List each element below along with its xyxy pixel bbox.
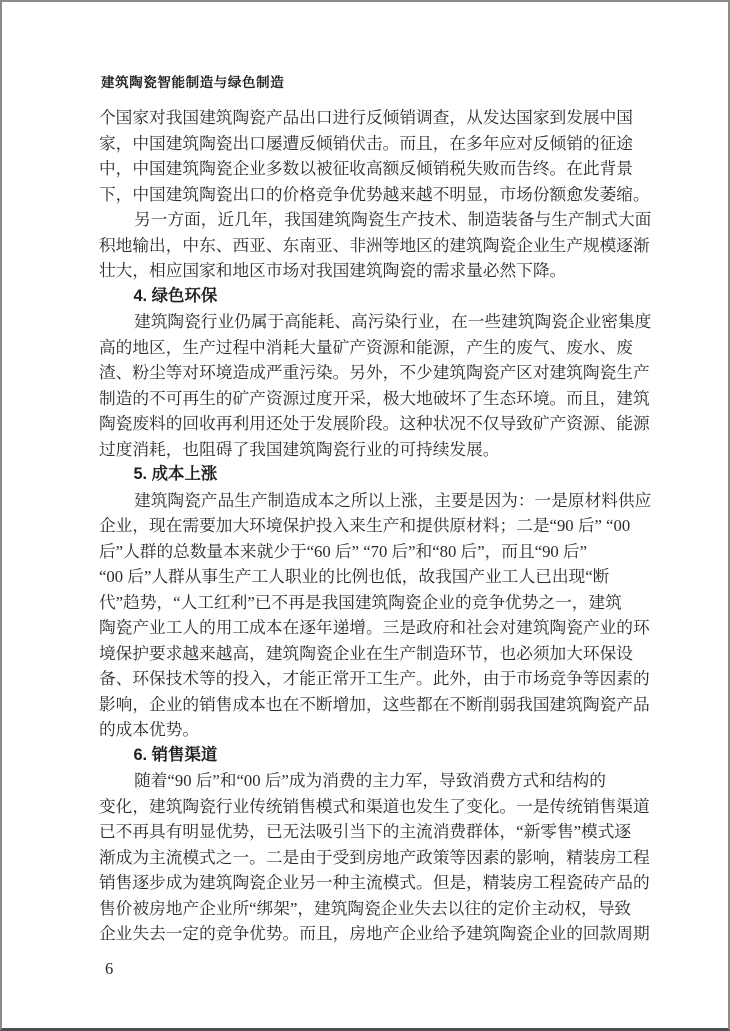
text-line: 已不再具有明显优势，已无法吸引当下的主流消费群体，“新零售”模式逐 [99, 819, 644, 845]
text-line: 制造的不可再生的矿产资源过度开采，极大地破坏了生态环境。而且，建筑 [99, 386, 644, 412]
text-line: 渣、粉尘等对环境造成严重污染。另外，不少建筑陶瓷产区对建筑陶瓷生产 [99, 360, 644, 386]
text-line: 代”趋势，“人工红利”已不再是我国建筑陶瓷企业的竞争优势之一，建筑 [99, 590, 644, 616]
text-line: 后”人群的总数量本来就少于“60 后” “70 后”和“80 后”，而且“90 … [99, 539, 644, 565]
section-heading-4: 4. 绿色环保 [99, 284, 644, 310]
text-line: 个国家对我国建筑陶瓷产品出口进行反倾销调查，从发达国家到发展中国 [99, 105, 644, 131]
text-line: 备、环保技术等的投入，才能正常开工生产。此外，由于市场竞争等因素的 [99, 666, 644, 692]
text-line: 高的地区，生产过程中消耗大量矿产资源和能源，产生的废气、废水、废 [99, 335, 644, 361]
text-line: “00 后”人群从事生产工人职业的比例也低，故我国产业工人已出现“断 [99, 564, 644, 590]
text-line: 企业，现在需要加大环境保护投入来生产和提供原材料；二是“90 后” “00 [99, 513, 644, 539]
text-line: 建筑陶瓷行业仍属于高能耗、高污染行业，在一些建筑陶瓷企业密集度 [99, 309, 644, 335]
text-line: 随着“90 后”和“00 后”成为消费的主力军，导致消费方式和结构的 [99, 768, 644, 794]
text-line: 壮大，相应国家和地区市场对我国建筑陶瓷的需求量必然下降。 [99, 258, 644, 284]
text-line: 建筑陶瓷产品生产制造成本之所以上涨，主要是因为：一是原材料供应 [99, 488, 644, 514]
text-line: 销售逐步成为建筑陶瓷企业另一种主流模式。但是，精装房工程瓷砖产品的 [99, 870, 644, 896]
running-header: 建筑陶瓷智能制造与绿色制造 [101, 71, 284, 91]
text-line: 变化，建筑陶瓷行业传统销售模式和渠道也发生了变化。一是传统销售渠道 [99, 794, 644, 820]
text-line: 下，中国建筑陶瓷出口的价格竞争优势越来越不明显，市场份额愈发萎缩。 [99, 182, 644, 208]
text-line: 企业失去一定的竞争优势。而且，房地产企业给予建筑陶瓷企业的回款周期 [99, 921, 644, 947]
text-line: 中，中国建筑陶瓷企业多数以被征收高额反倾销税失败而告终。在此背景 [99, 156, 644, 182]
text-line: 售价被房地产企业所“绑架”，建筑陶瓷企业失去以往的定价主动权，导致 [99, 896, 644, 922]
text-line: 过度消耗，也阻碍了我国建筑陶瓷行业的可持续发展。 [99, 437, 644, 463]
text-line: 陶瓷废料的回收再利用还处于发展阶段。这种状况不仅导致矿产资源、能源 [99, 411, 644, 437]
page-number: 6 [105, 959, 113, 979]
book-page: 建筑陶瓷智能制造与绿色制造 个国家对我国建筑陶瓷产品出口进行反倾销调查，从发达国… [0, 0, 730, 1031]
page-body: 个国家对我国建筑陶瓷产品出口进行反倾销调查，从发达国家到发展中国 家，中国建筑陶… [99, 105, 644, 947]
text-line: 积地输出，中东、西亚、东南亚、非洲等地区的建筑陶瓷企业生产规模逐渐 [99, 233, 644, 259]
text-line: 渐成为主流模式之一。二是由于受到房地产政策等因素的影响，精装房工程 [99, 845, 644, 871]
section-heading-6: 6. 销售渠道 [99, 743, 644, 769]
text-line: 陶瓷产业工人的用工成本在逐年递增。三是政府和社会对建筑陶瓷产业的环 [99, 615, 644, 641]
text-line: 境保护要求越来越高，建筑陶瓷企业在生产制造环节，也必须加大环保设 [99, 641, 644, 667]
text-line: 的成本优势。 [99, 717, 644, 743]
text-line: 家，中国建筑陶瓷出口屡遭反倾销伏击。而且，在多年应对反倾销的征途 [99, 131, 644, 157]
text-line: 影响，企业的销售成本也在不断增加，这些都在不断削弱我国建筑陶瓷产品 [99, 692, 644, 718]
section-heading-5: 5. 成本上涨 [99, 462, 644, 488]
text-line: 另一方面，近几年，我国建筑陶瓷生产技术、制造装备与生产制式大面 [99, 207, 644, 233]
